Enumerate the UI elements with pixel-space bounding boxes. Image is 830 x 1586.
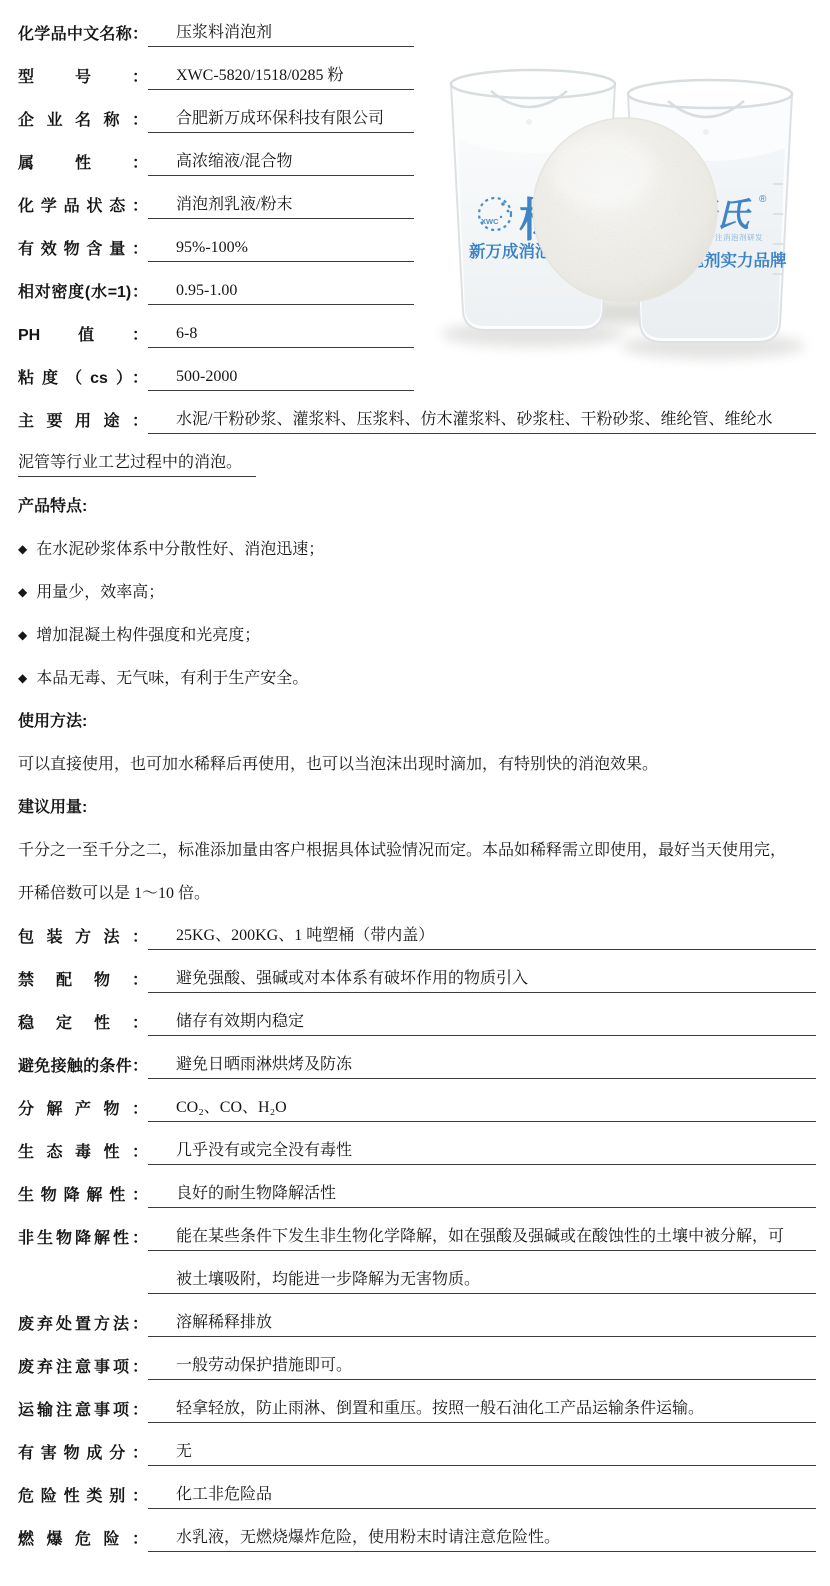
field-row: 避免接触的条件：避免日晒雨淋烘烤及防冻 [18, 1036, 816, 1079]
field-value: 避免日晒雨淋烘烤及防冻 [176, 1056, 352, 1073]
field-label: 主要用途： [18, 408, 148, 434]
field-value-line: CO₂、CO、H₂O [148, 1094, 816, 1122]
field-label: 非生物降解性： [18, 1225, 148, 1251]
field-value: 几乎没有或完全没有毒性 [176, 1142, 352, 1159]
field-label: 相对密度(水=1)： [18, 279, 148, 305]
field-row-main-use: 主要用途：水泥/干粉砂浆、灌浆料、压浆料、仿木灌浆料、砂浆柱、干粉砂浆、维纶管、… [18, 391, 816, 434]
field-label: 粘度（cs）： [18, 365, 148, 391]
field-value: 25KG、200KG、1 吨塑桶（带内盖） [176, 927, 434, 944]
field-value: 高浓缩液/混合物 [176, 153, 292, 170]
field-row: 危险性类别：化工非危险品 [18, 1466, 816, 1509]
field-value: 良好的耐生物降解活性 [176, 1185, 336, 1202]
field-label: 废弃注意事项： [18, 1354, 148, 1380]
field-label: 废弃处置方法： [18, 1311, 148, 1337]
field-label: 有效物含量： [18, 236, 148, 262]
field-label: 运输注意事项： [18, 1397, 148, 1423]
feature-bullet-item: ◆在水泥砂浆体系中分散性好、消泡迅速； [18, 520, 816, 563]
field-value: 无 [176, 1443, 192, 1460]
field-value-line: 良好的耐生物降解活性 [148, 1180, 816, 1208]
field-value-line: 95%-100% [148, 239, 414, 262]
registered-mark: ® [759, 194, 767, 205]
field-row-main-use-cont: 泥管等行业工艺过程中的消泡。 [18, 434, 816, 477]
field-row: 废弃处置方法：溶解稀释排放 [18, 1294, 816, 1337]
field-row: 生态毒性：几乎没有或完全没有毒性 [18, 1122, 816, 1165]
section-heading-usage: 使用方法: [18, 692, 816, 735]
field-row: 生物降解性：良好的耐生物降解活性 [18, 1165, 816, 1208]
field-value-line: 避免日晒雨淋烘烤及防冻 [148, 1051, 816, 1079]
field-value: 500-2000 [176, 368, 237, 385]
section-heading-features: 产品特点: [18, 477, 816, 520]
field-label: 有害物成分： [18, 1440, 148, 1466]
field-value: 避免强酸、强碱或对本体系有破坏作用的物质引入 [176, 970, 528, 987]
field-label: 稳定性： [18, 1010, 148, 1036]
field-value-line: 消泡剂乳液/粉末 [148, 191, 414, 219]
field-label: 企业名称： [18, 107, 148, 133]
field-label: PH值： [18, 322, 148, 348]
field-row: 化学品中文名称：压浆料消泡剂 [18, 4, 816, 47]
feature-text: 本品无毒、无气味，有利于生产安全。 [36, 665, 308, 692]
field-label: 生态毒性： [18, 1139, 148, 1165]
field-row: 稳定性：储存有效期内稳定 [18, 993, 816, 1036]
xwc-logo-text: XWC [481, 217, 499, 226]
product-photo: XWC 杨 新万成消泡剂 杨氏 ® 二十年专注消泡剂研发 消泡剂实力品牌 [433, 44, 825, 382]
field-row: 有害物成分：无 [18, 1423, 816, 1466]
field-value-line: 无 [148, 1438, 816, 1466]
field-value-line: 500-2000 [148, 368, 414, 391]
section-title: 产品特点: [18, 493, 87, 520]
field-label: 型号： [18, 64, 148, 90]
field-value-line: 水泥/干粉砂浆、灌浆料、压浆料、仿木灌浆料、砂浆柱、干粉砂浆、维纶管、维纶水 [148, 406, 816, 434]
field-value-continuation: 泥管等行业工艺过程中的消泡。 [18, 449, 256, 477]
field-value: 压浆料消泡剂 [176, 24, 272, 41]
field-value-line: 0.95-1.00 [148, 282, 414, 305]
field-value: 水泥/干粉砂浆、灌浆料、压浆料、仿木灌浆料、砂浆柱、干粉砂浆、维纶管、维纶水 [176, 411, 772, 428]
field-row: 运输注意事项：轻拿轻放，防止雨淋、倒置和重压。按照一般石油化工产品运输条件运输。 [18, 1380, 816, 1423]
feature-bullet-item: ◆用量少，效率高； [18, 563, 816, 606]
field-value: 能在某些条件下发生非生物化学降解，如在强酸及强碱或在酸蚀性的土壤中被分解，可 [176, 1228, 784, 1245]
section-title: 建议用量: [18, 794, 87, 821]
field-row: 禁配物：避免强酸、强碱或对本体系有破坏作用的物质引入 [18, 950, 816, 993]
field-value: 水乳液，无燃烧爆炸危险，使用粉末时请注意危险性。 [176, 1529, 560, 1546]
paragraph-text: 千分之一至千分之二，标准添加量由客户根据具体试验情况而定。本品如稀释需立即使用，… [18, 837, 786, 864]
field-label: 包装方法： [18, 924, 148, 950]
field-value-line: 几乎没有或完全没有毒性 [148, 1137, 816, 1165]
field-value: 溶解稀释排放 [176, 1314, 272, 1331]
field-value: XWC-5820/1518/0285 粉 [176, 67, 344, 84]
paragraph-text: 可以直接使用，也可加水稀释后再使用，也可以当泡沫出现时滴加，有特别快的消泡效果。 [18, 751, 658, 778]
feature-text: 在水泥砂浆体系中分散性好、消泡迅速； [36, 536, 324, 563]
field-label: 化学品中文名称： [18, 21, 148, 47]
dosage-paragraph: 开稀倍数可以是 1～10 倍。 [18, 864, 816, 907]
field-label: 危险性类别： [18, 1483, 148, 1509]
field-value-line: 合肥新万成环保科技有限公司 [148, 105, 414, 133]
field-value: 被土壤吸附，均能进一步降解为无害物质。 [176, 1271, 480, 1288]
field-value-line: 压浆料消泡剂 [148, 19, 414, 47]
field-value-line: 轻拿轻放，防止雨淋、倒置和重压。按照一般石油化工产品运输条件运输。 [148, 1395, 816, 1423]
field-label: 生物降解性： [18, 1182, 148, 1208]
field-value-line: 一般劳动保护措施即可。 [148, 1352, 816, 1380]
field-value-line: 能在某些条件下发生非生物化学降解，如在强酸及强碱或在酸蚀性的土壤中被分解，可 [148, 1223, 816, 1251]
feature-text: 增加混凝土构件强度和光亮度； [36, 622, 260, 649]
field-row: 分解产物：CO₂、CO、H₂O [18, 1079, 816, 1122]
field-value: 储存有效期内稳定 [176, 1013, 304, 1030]
field-value-line: 避免强酸、强碱或对本体系有破坏作用的物质引入 [148, 965, 816, 993]
field-value-line: 溶解稀释排放 [148, 1309, 816, 1337]
field-value-line: 储存有效期内稳定 [148, 1008, 816, 1036]
field-row: 废弃注意事项：一般劳动保护措施即可。 [18, 1337, 816, 1380]
field-row-non-bio: 非生物降解性：能在某些条件下发生非生物化学降解，如在强酸及强碱或在酸蚀性的土壤中… [18, 1208, 816, 1251]
field-value-line: 水乳液，无燃烧爆炸危险，使用粉末时请注意危险性。 [148, 1524, 816, 1552]
field-label: 化学品状态： [18, 193, 148, 219]
field-value: 消泡剂乳液/粉末 [176, 196, 292, 213]
powder-sample [533, 118, 717, 302]
field-value-line: 高浓缩液/混合物 [148, 148, 414, 176]
diamond-bullet-icon: ◆ [18, 671, 27, 692]
field-value: 轻拿轻放，防止雨淋、倒置和重压。按照一般石油化工产品运输条件运输。 [176, 1400, 704, 1417]
field-row: 燃爆危险：水乳液，无燃烧爆炸危险，使用粉末时请注意危险性。 [18, 1509, 816, 1552]
product-photo-image: XWC 杨 新万成消泡剂 杨氏 ® 二十年专注消泡剂研发 消泡剂实力品牌 [433, 44, 825, 382]
field-value-line: 6-8 [148, 325, 414, 348]
field-row-non-bio-cont: 被土壤吸附，均能进一步降解为无害物质。 [18, 1251, 816, 1294]
feature-bullet-item: ◆增加混凝土构件强度和光亮度； [18, 606, 816, 649]
feature-text: 用量少，效率高； [36, 579, 164, 606]
section-title: 使用方法: [18, 708, 87, 735]
field-value: 95%-100% [176, 239, 248, 256]
field-value: 合肥新万成环保科技有限公司 [176, 110, 384, 127]
field-value: 一般劳动保护措施即可。 [176, 1357, 352, 1374]
field-label: 燃爆危险： [18, 1526, 148, 1552]
field-value-line: 被土壤吸附，均能进一步降解为无害物质。 [148, 1266, 816, 1294]
usage-paragraph: 可以直接使用，也可加水稀释后再使用，也可以当泡沫出现时滴加，有特别快的消泡效果。 [18, 735, 816, 778]
diamond-bullet-icon: ◆ [18, 628, 27, 649]
dosage-paragraph: 千分之一至千分之二，标准添加量由客户根据具体试验情况而定。本品如稀释需立即使用，… [18, 821, 816, 864]
field-value: 0.95-1.00 [176, 282, 237, 299]
field-value-line: 化工非危险品 [148, 1481, 816, 1509]
field-value: 6-8 [176, 325, 197, 342]
field-row: 包装方法：25KG、200KG、1 吨塑桶（带内盖） [18, 907, 816, 950]
field-value-line: 25KG、200KG、1 吨塑桶（带内盖） [148, 922, 816, 950]
feature-bullet-item: ◆本品无毒、无气味，有利于生产安全。 [18, 649, 816, 692]
paragraph-text: 开稀倍数可以是 1～10 倍。 [18, 880, 210, 907]
field-label: 避免接触的条件： [18, 1053, 148, 1079]
field-label: 分解产物： [18, 1096, 148, 1122]
field-value: CO₂、CO、H₂O [176, 1099, 287, 1116]
field-label: 禁配物： [18, 967, 148, 993]
diamond-bullet-icon: ◆ [18, 585, 27, 606]
field-value-line: XWC-5820/1518/0285 粉 [148, 62, 414, 90]
field-value: 化工非危险品 [176, 1486, 272, 1503]
section-heading-dosage: 建议用量: [18, 778, 816, 821]
diamond-bullet-icon: ◆ [18, 542, 27, 563]
field-label: 属性： [18, 150, 148, 176]
